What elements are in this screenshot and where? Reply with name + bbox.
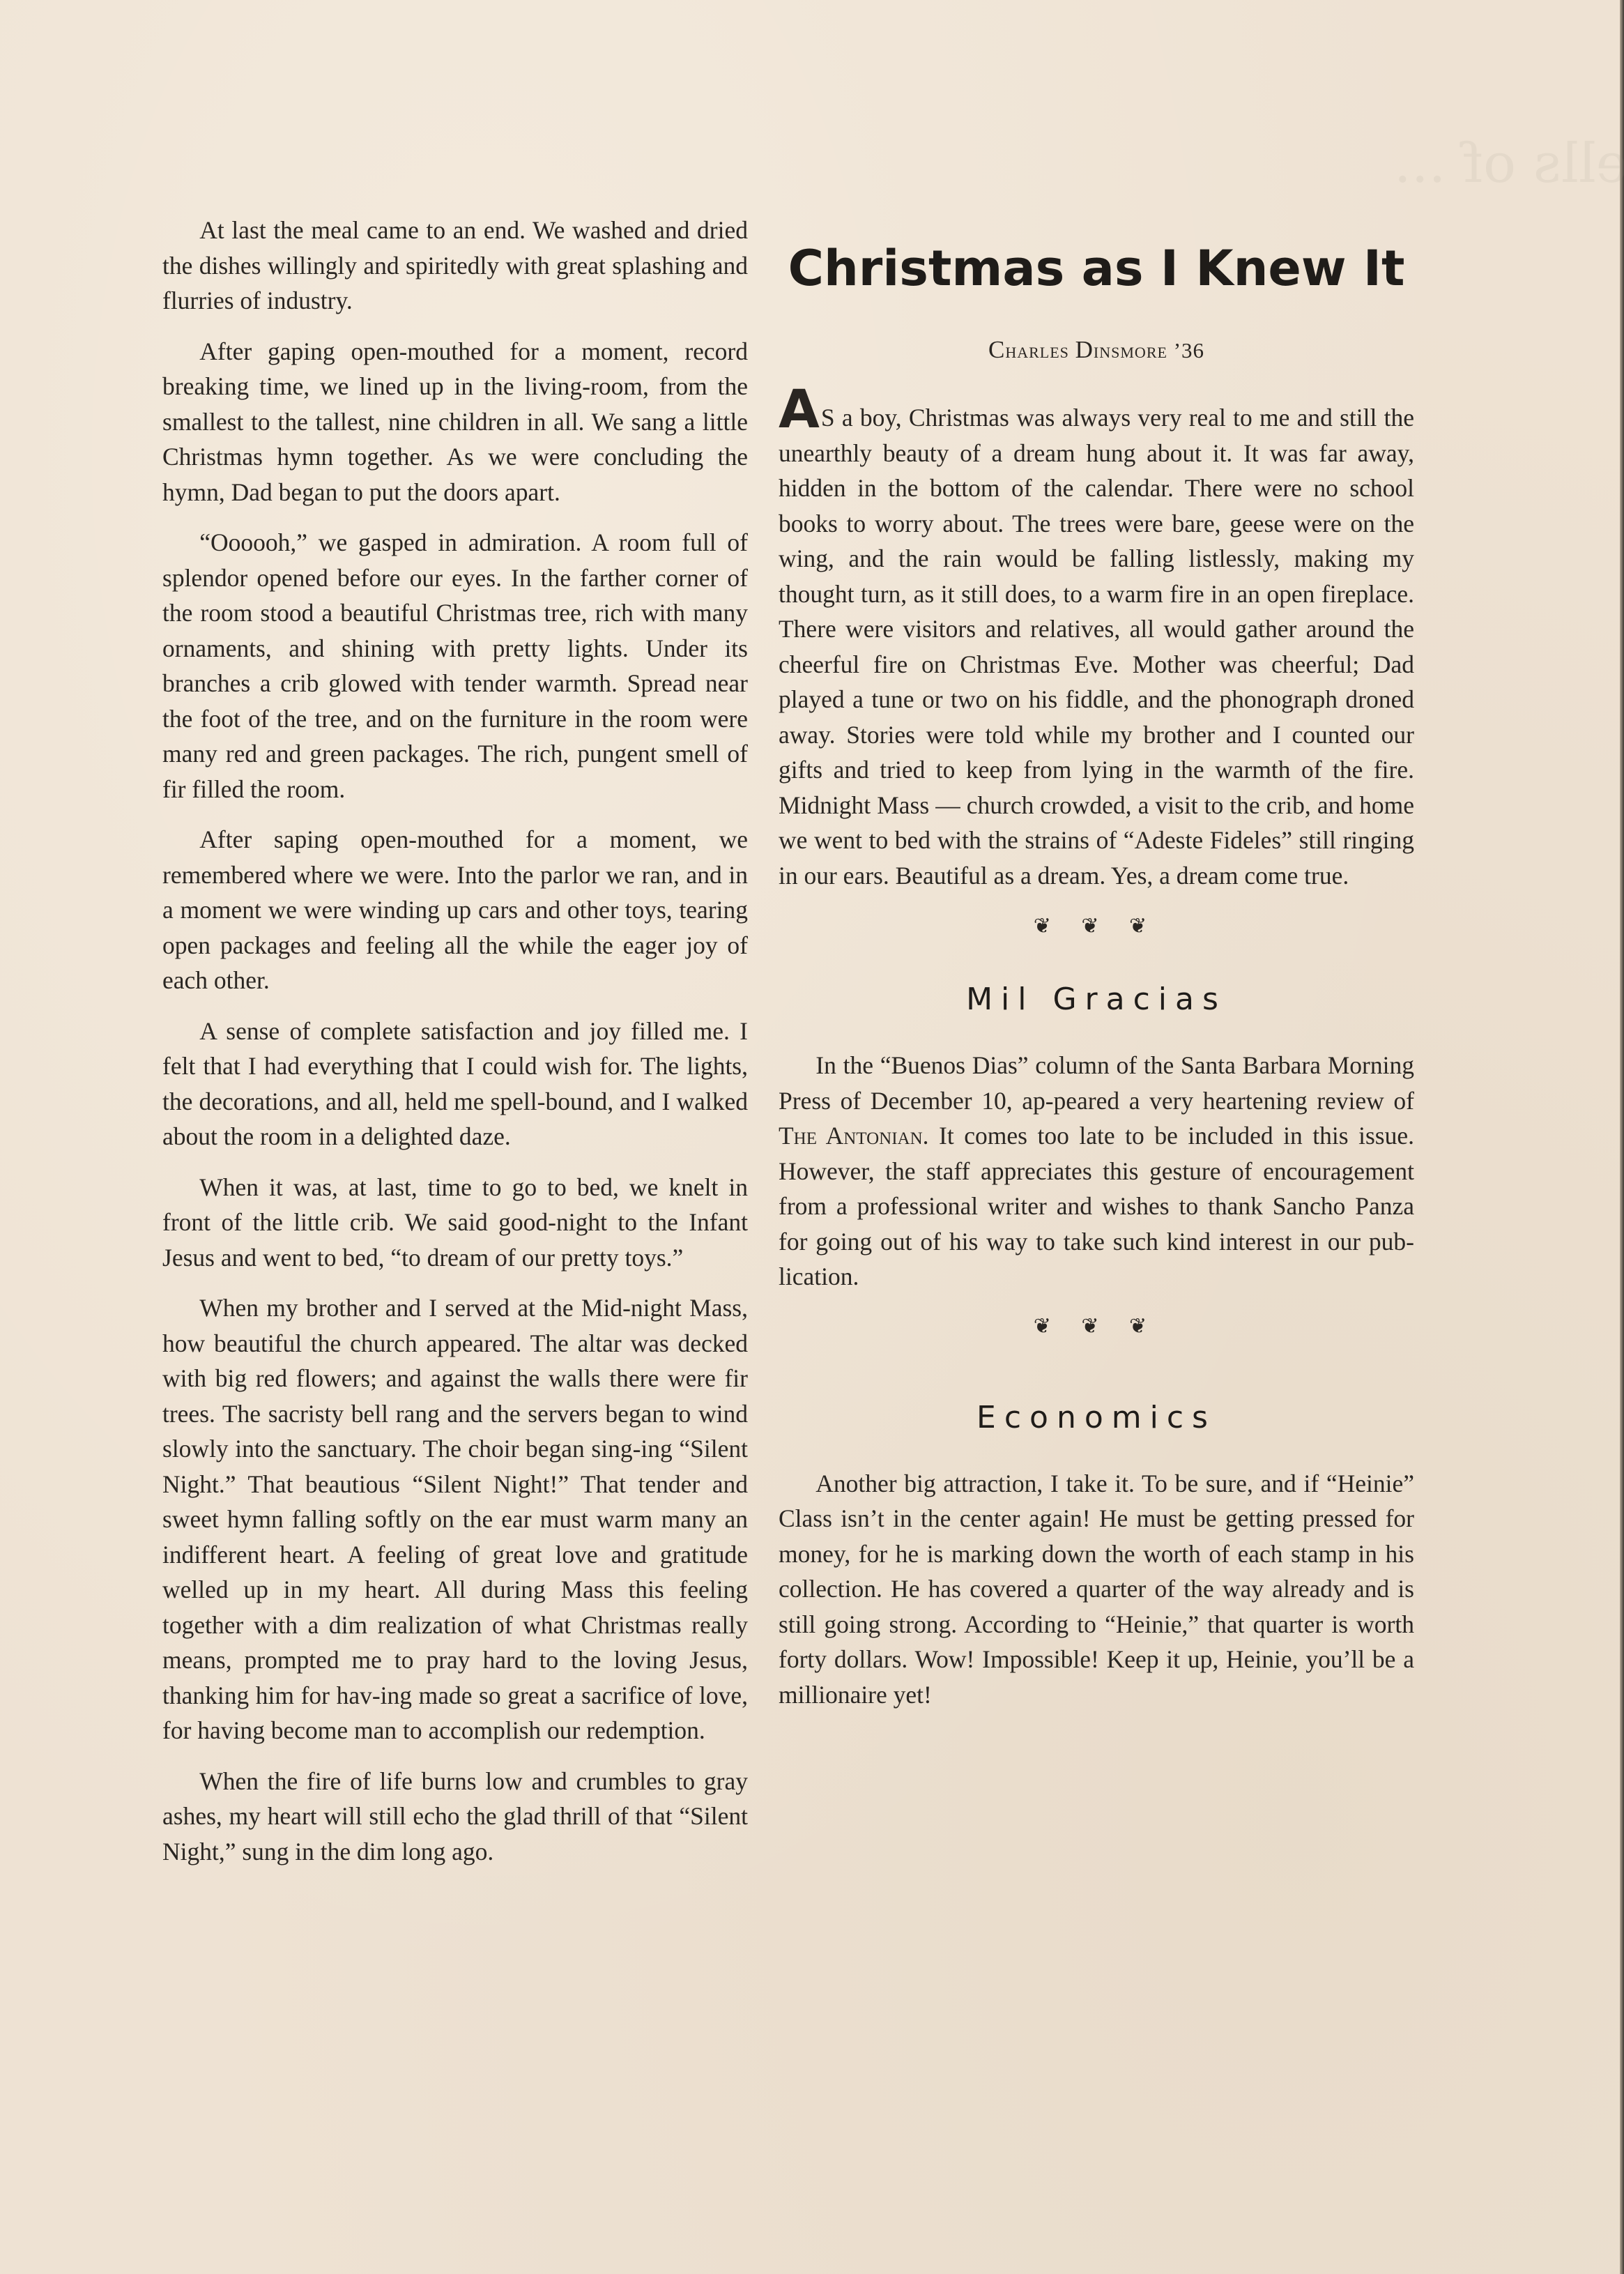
byline-last-name: insmore: [1094, 338, 1167, 363]
article-byline: Charles Dinsmore ’36: [779, 336, 1414, 364]
paragraph: “Oooooh,” we gasped in admiration. A roo…: [162, 525, 748, 807]
section-divider-ornament-icon: ❦ ❦ ❦: [779, 914, 1414, 938]
bleed-through-text: The Bells of ...: [1394, 132, 1624, 195]
byline-initial: D: [1075, 336, 1094, 363]
paragraph: When the fire of life burns low and crum…: [162, 1764, 748, 1870]
publication-name: The Antonian: [779, 1122, 923, 1150]
mil-gracias-paragraph: In the “Buenos Dias” column of the Santa…: [779, 1048, 1414, 1295]
paragraph: A sense of complete satisfaction and joy…: [162, 1014, 748, 1154]
drop-cap: A: [779, 378, 820, 440]
economics-paragraph: Another big attraction, I take it. To be…: [779, 1466, 1414, 1713]
article-title: Christmas as I Knew It: [779, 237, 1414, 300]
page-edge-shadow: [1620, 0, 1624, 2274]
article-paragraph: AS a boy, Christmas was always very real…: [779, 392, 1414, 893]
paragraph: After gaping open-mouthed for a moment, …: [162, 334, 748, 510]
byline-initial: C: [988, 336, 1005, 363]
left-column: At last the meal came to an end. We wash…: [162, 213, 748, 1884]
paragraph-text: S a boy, Christmas was always very real …: [779, 404, 1414, 890]
byline-first-name: harles: [1005, 338, 1069, 363]
paragraph-text: In the “Buenos Dias” column of the Santa…: [779, 1051, 1414, 1115]
economics-heading: Economics: [779, 1400, 1414, 1435]
mil-gracias-heading: Mil Gracias: [779, 982, 1414, 1017]
magazine-page: The Bells of ... At last the meal came t…: [0, 0, 1624, 2274]
byline-year: ’36: [1174, 338, 1204, 363]
paragraph: When my brother and I served at the Mid-…: [162, 1290, 748, 1748]
right-column: Christmas as I Knew It Charles Dinsmore …: [779, 237, 1414, 1727]
paragraph: After saping open-mouthed for a moment, …: [162, 822, 748, 998]
paragraph: When it was, at last, time to go to bed,…: [162, 1170, 748, 1276]
paragraph: At last the meal came to an end. We wash…: [162, 213, 748, 319]
section-divider-ornament-icon: ❦ ❦ ❦: [779, 1314, 1414, 1338]
